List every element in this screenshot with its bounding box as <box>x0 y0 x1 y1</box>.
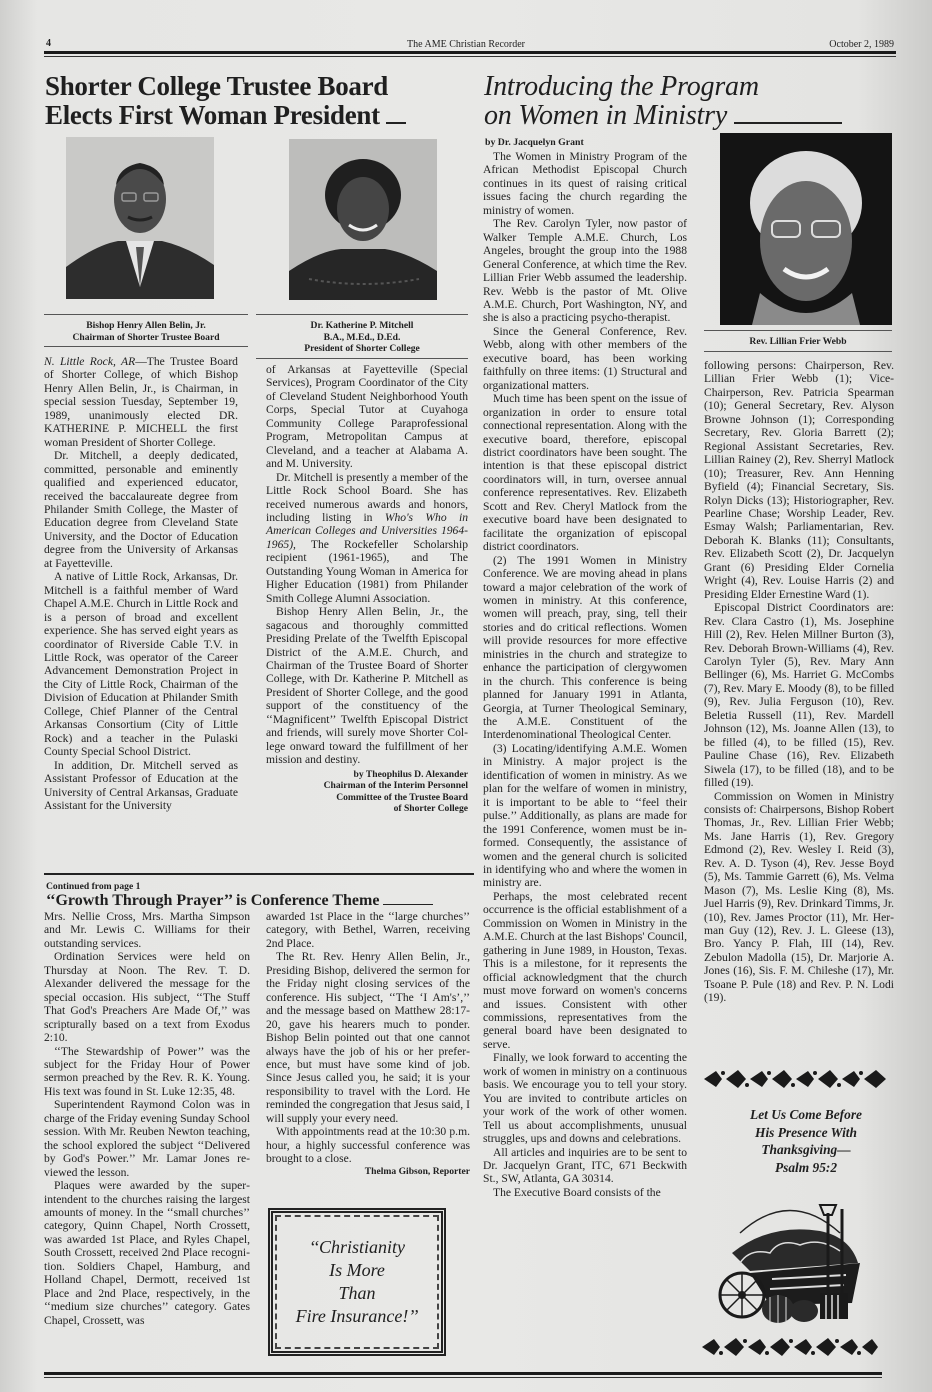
quote-line: Fire Insurance!’’ <box>296 1305 419 1328</box>
headline-text: ‘‘Growth Through Prayer’’ is Conference … <box>46 892 379 909</box>
signature-line: Chairman of the Interim Personnel <box>266 780 468 792</box>
photo2-caption: Dr. Katherine P. Mitchell B.A., M.Ed., D… <box>256 314 468 359</box>
paragraph: Plaques were awarded by the super­intend… <box>44 1179 250 1327</box>
paragraph: N. Little Rock, AR—The Trustee Board of … <box>44 355 238 449</box>
caption-title: Chairman of Shorter Trustee Board <box>44 332 248 344</box>
headline-rule <box>734 106 842 124</box>
paragraph: A native of Little Rock, Arkansas, Dr. M… <box>44 570 238 758</box>
signature-line: Committee of the Trustee Board <box>266 792 468 804</box>
harvest-wheelbarrow-icon <box>710 1193 880 1328</box>
signature-line: by Theophilus D. Alexander <box>266 769 468 781</box>
article1-column1: N. Little Rock, AR—The Trustee Board of … <box>44 355 238 812</box>
article2-column2: awarded 1st Place in the ‘‘large churche… <box>266 910 470 1177</box>
paragraph: of Arkansas at Fayetteville (Special Ser… <box>266 363 468 471</box>
quote-line: Than <box>296 1282 419 1305</box>
publication-name: The AME Christian Recorder <box>0 39 932 50</box>
headline-rule <box>386 106 406 124</box>
photo3-caption: Rev. Lillian Frier Webb <box>704 330 892 352</box>
floral-garland-bottom-icon <box>700 1336 880 1358</box>
article3-column2: following persons: Chairperson, Rev. Lil… <box>704 359 894 1005</box>
headline-line: on Women in Ministry <box>484 100 727 131</box>
paragraph: Bishop Henry Allen Belin, Jr., the sagac… <box>266 605 468 766</box>
thanksgiving-scripture: Let Us Come Before His Presence With Tha… <box>716 1106 896 1176</box>
paragraph: Episcopal District Coordinators are: Rev… <box>704 601 894 789</box>
masthead-rule-thin <box>44 56 896 57</box>
issue-date: October 2, 1989 <box>829 39 894 50</box>
quote-line: Is More <box>296 1259 419 1282</box>
photo-bishop-belin <box>66 137 214 299</box>
photo1-caption: Bishop Henry Allen Belin, Jr. Chairman o… <box>44 314 248 347</box>
article2-headline: ‘‘Growth Through Prayer’’ is Conference … <box>46 891 433 910</box>
portrait-woman-glasses-icon <box>720 133 892 325</box>
paragraph: The Executive Board consists of the <box>483 1186 687 1199</box>
boxed-quote-christianity: ‘‘Christianity Is More Than Fire Insuran… <box>268 1208 446 1356</box>
headline-rule <box>383 893 433 905</box>
article3-headline: Introducing the Program on Women in Mini… <box>484 72 904 130</box>
scripture-line: Psalm 95:2 <box>716 1159 896 1177</box>
newspaper-page: 4 The AME Christian Recorder October 2, … <box>0 0 932 1392</box>
paragraph: With appointments read at the 10:30 p.m.… <box>266 1125 470 1165</box>
portrait-man-icon <box>66 137 214 299</box>
paragraph: Finally, we look forward to accent­ing t… <box>483 1051 687 1145</box>
signature-line: of Shorter College <box>266 803 468 815</box>
paragraph: following persons: Chairperson, Rev. Lil… <box>704 359 894 601</box>
paragraph: Ordination Services were held on Thursda… <box>44 950 250 1044</box>
paragraph: In addition, Dr. Mitchell served as Assi… <box>44 759 238 813</box>
paragraph: awarded 1st Place in the ‘‘large churche… <box>266 910 470 950</box>
scripture-line: Let Us Come Before <box>716 1106 896 1124</box>
paragraph: (3) Locating/identifying A.M.E. Women in… <box>483 742 687 890</box>
article1-signature: by Theophilus D. Alexander Chairman of t… <box>266 769 468 815</box>
reporter-credit: Thelma Gibson, Reporter <box>266 1166 470 1178</box>
paragraph: The Women in Ministry Program of the Afr… <box>483 150 687 217</box>
floral-garland-top-icon <box>702 1068 888 1090</box>
paragraph: ‘‘The Stewardship of Power’’ was the sub… <box>44 1045 250 1099</box>
headline-line: Shorter College Trustee Board <box>45 72 465 101</box>
paragraph: Dr. Mitchell, a deeply dedicated, commit… <box>44 449 238 570</box>
article1-headline: Shorter College Trustee Board Elects Fir… <box>45 72 465 130</box>
paragraph: Perhaps, the most celebrated recent occu… <box>483 890 687 1051</box>
paragraph: The Rev. Carolyn Tyler, now pas­tor of W… <box>483 217 687 325</box>
caption-name: Bishop Henry Allen Belin, Jr. <box>44 320 248 332</box>
headline-line: Elects First Woman President <box>45 100 380 130</box>
paragraph: All articles and inquiries are to be sen… <box>483 1146 687 1186</box>
paragraph: Much time has been spent on the issue of… <box>483 392 687 553</box>
caption-degrees: B.A., M.Ed., D.Ed. <box>256 332 468 344</box>
photo-lillian-webb <box>720 133 892 325</box>
portrait-woman-icon <box>289 139 437 300</box>
dateline: N. Little Rock, AR <box>44 355 135 368</box>
article1-column2: of Arkansas at Fayetteville (Special Ser… <box>266 363 468 815</box>
quote-text: ‘‘Christianity Is More Than Fire Insuran… <box>296 1236 419 1328</box>
paragraph: Since the General Conference, Rev. Webb,… <box>483 325 687 392</box>
paragraph-text: The Rockefeller Scholarship recipient (1… <box>266 538 468 605</box>
paragraph-text: —The Trustee Board of Shorter College, o… <box>44 355 238 449</box>
paragraph: Commission on Women in Minis­try consist… <box>704 790 894 1005</box>
footer-rule-thin <box>44 1377 882 1378</box>
scripture-line: His Presence With <box>716 1124 896 1142</box>
paragraph: (2) The 1991 Women in Ministry Conferenc… <box>483 554 687 742</box>
article3-column1: The Women in Ministry Program of the Afr… <box>483 150 687 1199</box>
headline-line: Introducing the Program <box>484 72 904 101</box>
caption-title: President of Shorter College <box>256 343 468 355</box>
caption-name: Dr. Katherine P. Mitchell <box>256 320 468 332</box>
section-divider <box>44 873 474 875</box>
paragraph: Mrs. Nellie Cross, Mrs. Martha Simpson a… <box>44 910 250 950</box>
paragraph: Superintendent Raymond Colon was in char… <box>44 1098 250 1179</box>
paragraph: The Rt. Rev. Henry Allen Belin, Jr., Pre… <box>266 950 470 1125</box>
scripture-line: Thanksgiving— <box>716 1141 896 1159</box>
footer-rule <box>44 1372 882 1375</box>
masthead-rule <box>44 51 896 54</box>
quote-line: ‘‘Christianity <box>296 1236 419 1259</box>
article2-column1: Mrs. Nellie Cross, Mrs. Martha Simpson a… <box>44 910 250 1327</box>
paragraph: Dr. Mitchell is presently a member of th… <box>266 471 468 606</box>
photo-katherine-mitchell <box>289 139 437 300</box>
article3-byline: by Dr. Jacquelyn Grant <box>485 137 584 148</box>
